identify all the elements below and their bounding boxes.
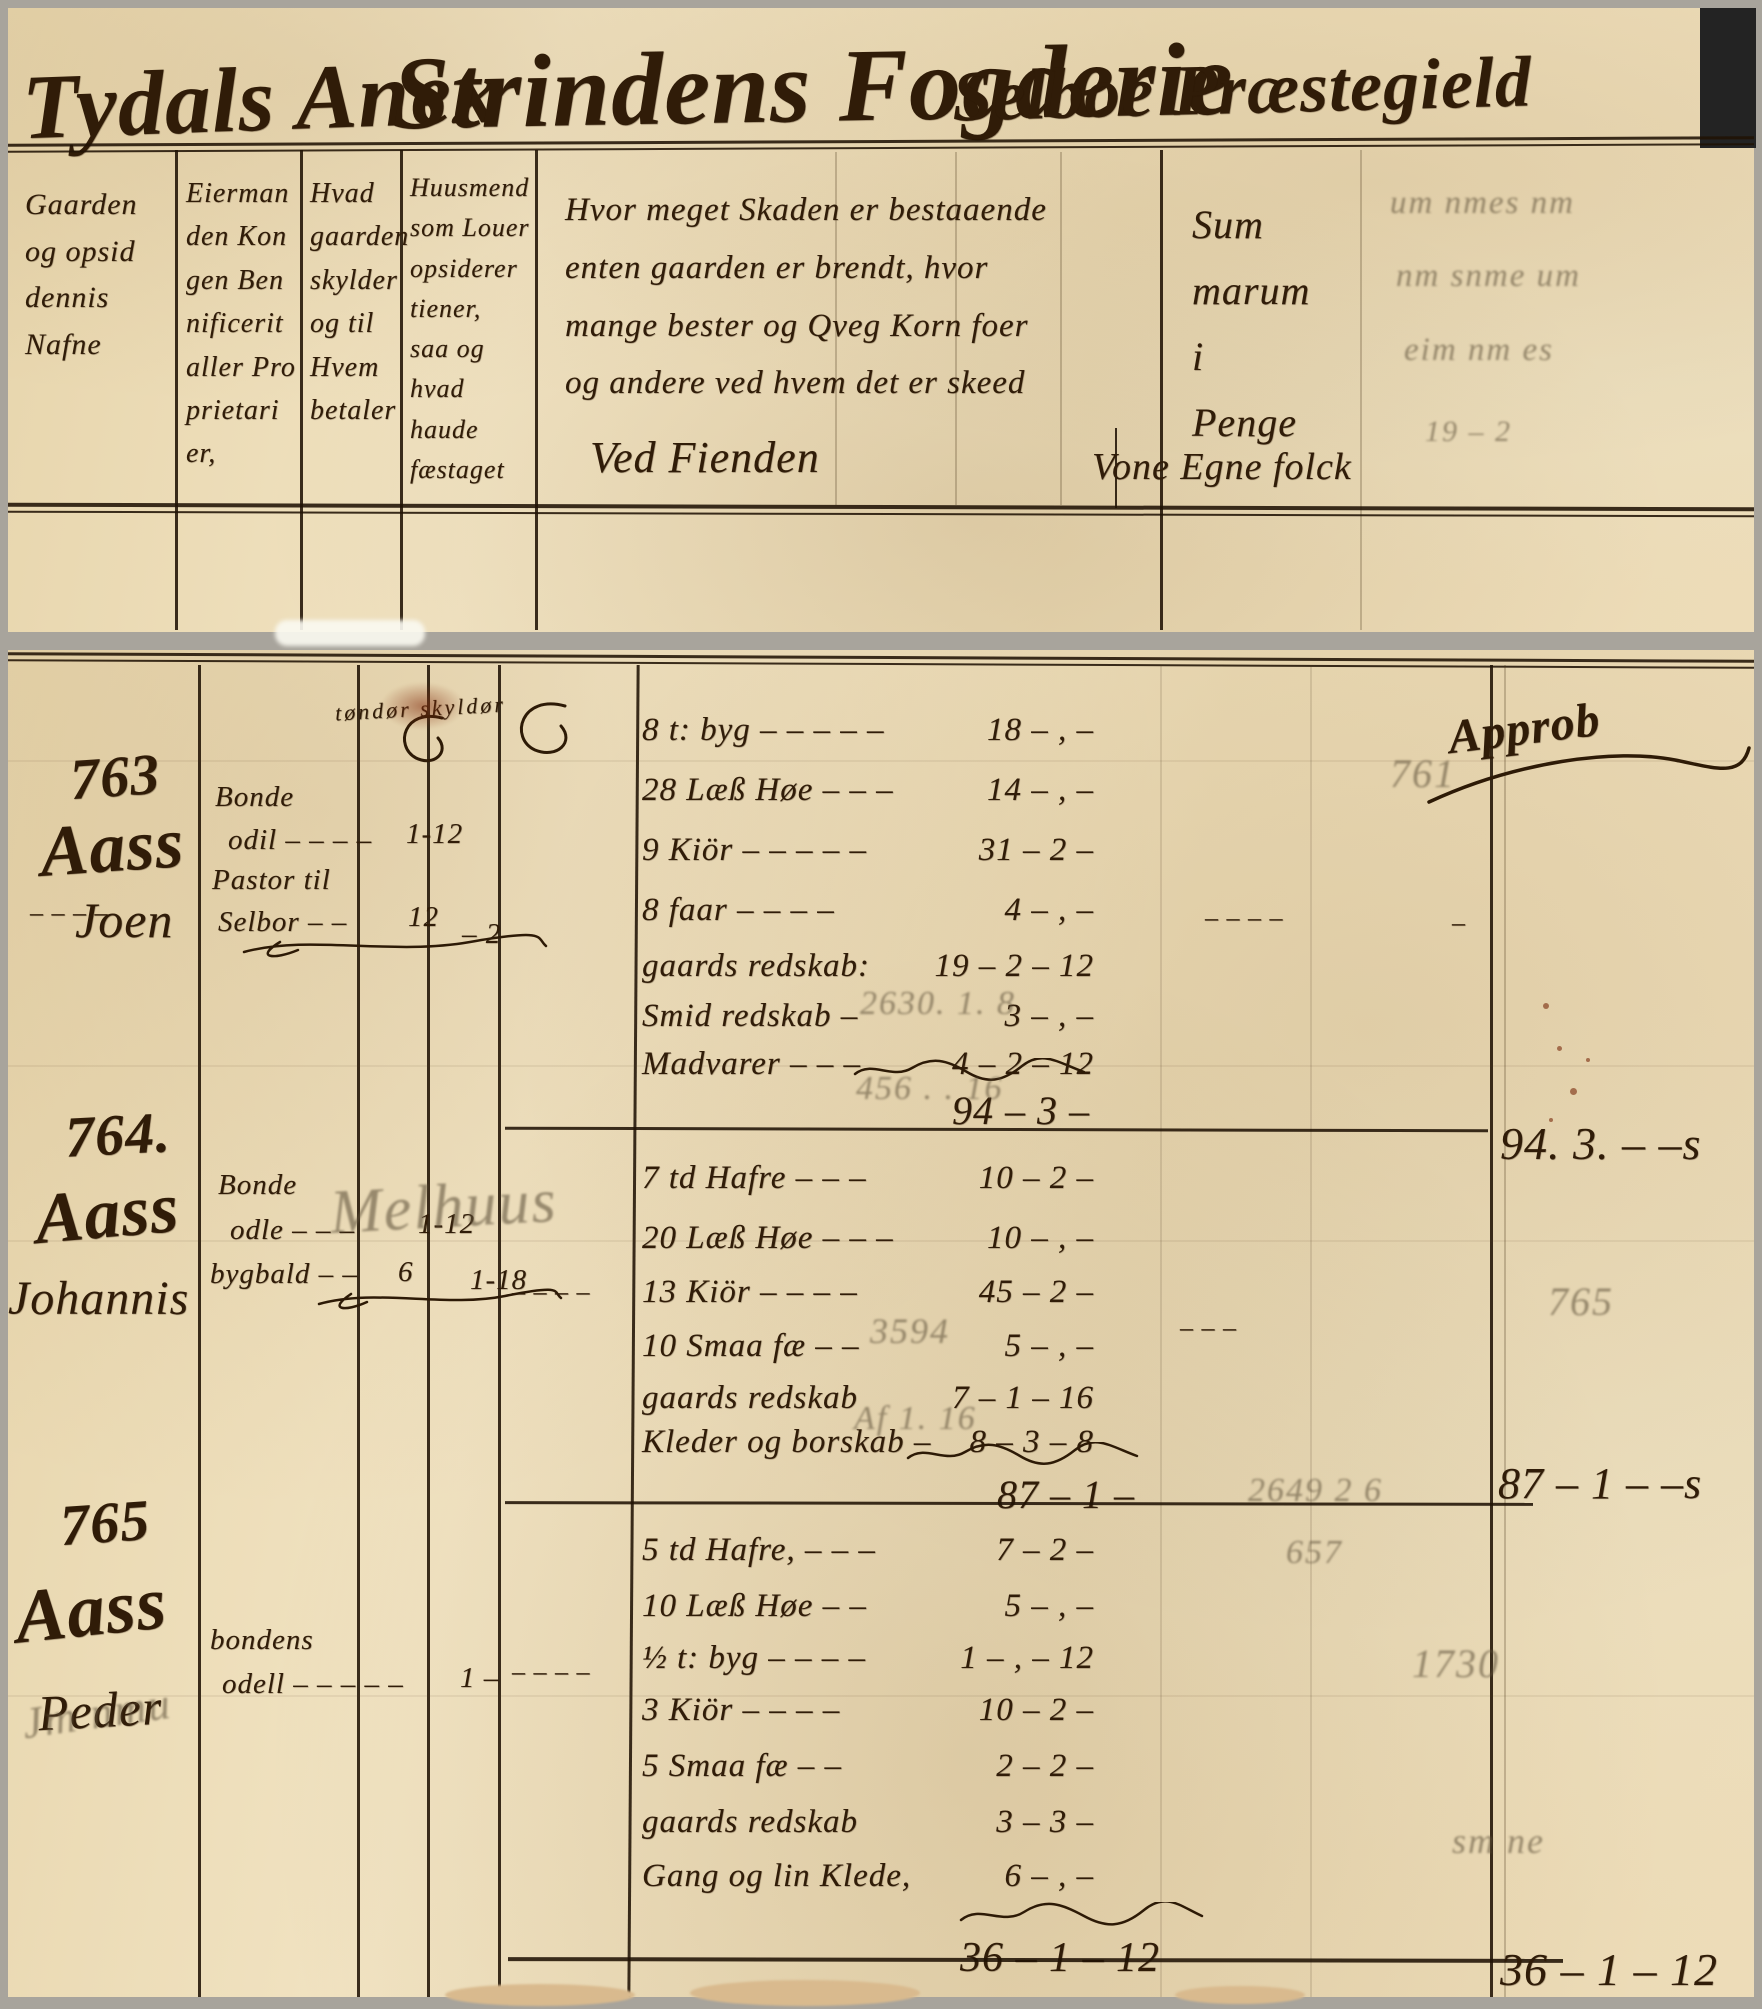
flourish [505,698,585,760]
dash-run: – – – – [512,1652,591,1692]
item-amount: 18 – , – [987,712,1094,749]
damage-item-row: gaards redskab3 – 3 – [642,1804,1094,1841]
damage-item-row: 5 Smaa fæ – –2 – 2 – [642,1748,1094,1785]
scanned-ledger-page: Tydals Anex Strindens Fogderie Selboe Pr… [0,0,1762,2009]
damage-item-row: Gang og lin Klede,6 – , – [642,1858,1094,1895]
paper-crease [8,1695,1754,1697]
damage-item-row: 9 Kiör – – – – –31 – 2 – [642,832,1094,869]
item-amount: 1 – , – 12 [960,1640,1094,1677]
tenure-line: bondens [210,1618,314,1663]
dash-run: – [1452,903,1466,943]
illegible-bleedthrough: um nmes nm [1390,185,1575,222]
bleedthrough-script: sm ne [1452,1820,1545,1862]
item-amount: 45 – 2 – [979,1274,1094,1311]
item-amount: 5 – , – [1005,1328,1095,1365]
item-amount: 10 – , – [987,1220,1094,1257]
item-label: 28 Læß Høe – – – [642,772,894,809]
damage-item-row: ½ t: byg – – – –1 – , – 12 [642,1640,1094,1677]
sum-squiggle [958,1902,1208,1928]
bleedthrough-number: 657 [1286,1534,1343,1572]
row-total-money: 36 – 1 – 12 [1500,1934,1718,2005]
item-label: 8 faar – – – – [642,892,835,929]
bleedthrough-number: 761 [1390,750,1456,797]
sum-squiggle [905,1442,1145,1466]
item-label: 20 Læß Høe – – – [642,1220,894,1257]
header-sum-col-label: Sum marum i Penge [1192,192,1352,456]
farm-name: Aass [9,1544,172,1677]
body-ghost-line-1 [1160,665,1162,1997]
tenure-line: Bonde [218,1163,297,1208]
illegible-bleedthrough: eim nm es [1404,332,1554,369]
item-label: 8 t: byg – – – – – [642,712,885,749]
scan-edge-blob [445,1984,635,2006]
row-total-money: 94. 3. – –s [1500,1108,1701,1179]
scan-tear-patch [275,620,425,646]
bleedthrough-number: 1730 [1412,1640,1500,1687]
ink-stain [380,682,465,730]
header-col-line-6 [1360,150,1362,630]
illegible-bleedthrough: nm snme um [1396,258,1581,295]
header-col2-label: Eierman den Kon gen Ben nificerit aller … [186,172,298,476]
item-amount: 31 – 2 – [979,832,1094,869]
damage-item-row: gaards redskab:19 – 2 – 12 [642,948,1094,985]
header-wide-label: Hvor meget Skaden er bestaaende enten ga… [565,182,1175,413]
scan-edge-blob [690,1980,920,2006]
tenure-line: odell – – – – – [222,1662,404,1707]
bleedthrough-script: Melhuus [328,1166,559,1249]
body-ghost-line-2 [1310,665,1312,1997]
dash-run: – – – – [512,1272,591,1312]
damage-item-row: 28 Læß Høe – – –14 – , – [642,772,1094,809]
row-sum: 87 – 1 – [905,1464,1135,1526]
title-part-3: Selboe Præstegield [951,26,1534,153]
body-col-line-1 [198,665,201,1997]
item-label: 10 Læß Høe – – [642,1588,867,1625]
paper-crease [8,760,1754,762]
header-col-line-2 [300,150,303,630]
item-amount: 10 – 2 – [979,1692,1094,1729]
damage-item-row: 20 Læß Høe – – –10 – , – [642,1220,1094,1257]
body-col-line-4 [498,665,501,1997]
person-name: Johannis [8,1262,189,1336]
item-amount: 5 – , – [1005,1588,1095,1625]
damage-item-row: 7 td Hafre – – –10 – 2 – [642,1160,1094,1197]
item-amount: 3 – , – [1005,998,1095,1035]
damage-item-row: 8 faar – – – –4 – , – [642,892,1094,929]
bleedthrough-number: 2649 2 6 [1248,1472,1383,1510]
tenure-underline-flourish [240,930,550,960]
paper-crease [8,1065,1754,1067]
damage-item-row: 5 td Hafre, – – –7 – 2 – [642,1532,1094,1569]
item-amount: 7 – 2 – [996,1532,1094,1569]
item-amount: 3 – 3 – [996,1804,1094,1841]
bleedthrough-number: Af 1. 16 [854,1400,977,1438]
item-label: 5 Smaa fæ – – [642,1748,842,1785]
item-label: gaards redskab [642,1804,858,1841]
item-amount: 2 – 2 – [996,1748,1094,1785]
item-label: 5 td Hafre, – – – [642,1532,876,1569]
rust-speck [1586,1058,1590,1062]
body-col-line-3 [427,665,430,1997]
item-label: 3 Kiör – – – – [642,1692,840,1729]
damage-item-row: 3 Kiör – – – –10 – 2 – [642,1692,1094,1729]
tenure-line: Pastor til [212,858,331,903]
item-label: gaards redskab [642,1380,858,1417]
body-col-line-2 [357,665,360,1997]
damage-item-row: 10 Læß Høe – –5 – , – [642,1588,1094,1625]
item-label: 13 Kiör – – – – [642,1274,858,1311]
item-amount: 4 – , – [1005,892,1095,929]
item-amount: 19 – 2 – 12 [935,948,1095,985]
header-col3-label: Hvad gaarden skylder og til Hvem betaler [310,172,398,432]
item-amount: 14 – , – [987,772,1094,809]
scan-artifact-bar [1700,8,1756,148]
tenure-line: odil – – – – [228,818,372,863]
tenure-amount: 1-12 [406,812,463,857]
header-col-line-1 [175,150,178,630]
damage-item-row: 13 Kiör – – – –45 – 2 – [642,1274,1094,1311]
item-label: ½ t: byg – – – – [642,1640,866,1677]
tenure-line: Bonde [215,775,294,820]
item-label: 9 Kiör – – – – – [642,832,867,869]
flourish-swash [1425,742,1755,812]
header-col4-label: Huusmend som Louer opsiderer tiener, saa… [410,168,532,490]
dash-run: – – – – [30,893,109,933]
bleedthrough-number: 456 . . 16 [856,1070,1004,1108]
header-sub-left-label: Ved Fienden [590,424,820,492]
body-total-col-line-2 [1504,665,1506,1997]
dash-run: – – – – [1205,898,1284,938]
item-label: Smid redskab – [642,998,858,1035]
row-total-money: 87 – 1 – –s [1498,1450,1702,1518]
header-col1-label: Gaarden og opsid dennis Nafne [25,182,173,368]
damage-item-row: 10 Smaa fæ – –5 – , – [642,1328,1094,1365]
item-label: gaards redskab: [642,948,870,985]
body-total-col-line [1490,665,1493,1997]
rust-speck [1570,1088,1577,1095]
farm-name: Aass [30,1152,183,1276]
rust-speck [1543,1003,1549,1009]
scan-edge-blob [1175,1986,1305,2004]
bleedthrough-number: 765 [1548,1278,1614,1325]
illegible-bleedthrough: 19 – 2 [1425,415,1512,449]
header-col-line-4 [535,150,538,630]
paper-crease [8,1240,1754,1242]
item-amount: 10 – 2 – [979,1160,1094,1197]
dash-run: – – – [1180,1308,1237,1348]
item-amount: 6 – , – [1005,1858,1095,1895]
damage-item-row: 8 t: byg – – – – –18 – , – [642,712,1094,749]
bleedthrough-number: 2630. 1. 8 [860,985,1016,1023]
rust-speck [1557,1046,1562,1051]
bleedthrough-number: 3594 [870,1310,950,1352]
item-label: Gang og lin Klede, [642,1858,911,1895]
item-label: 10 Smaa fæ – – [642,1328,860,1365]
item-label: 7 td Hafre – – – [642,1160,867,1197]
